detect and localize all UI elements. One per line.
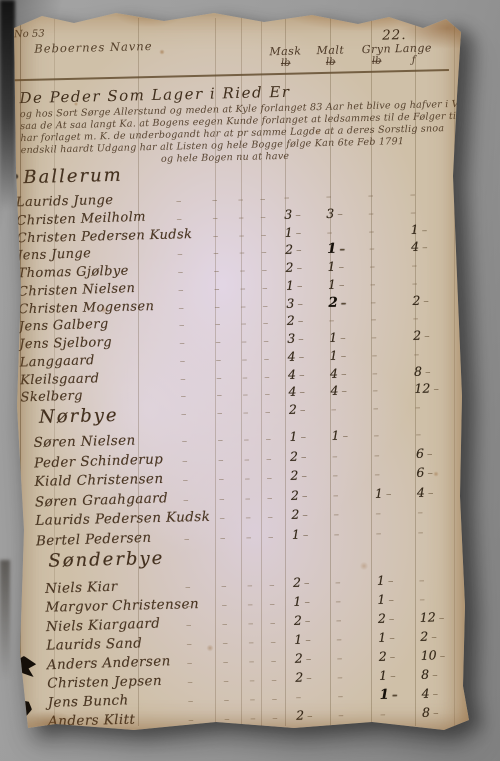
empty-dash: – [412, 277, 418, 290]
amount-value: 2 [378, 611, 386, 626]
trailing-dash: – [433, 706, 439, 719]
amount-cell: 2– [290, 467, 330, 483]
amount-value: 2 [295, 670, 303, 685]
amount-cell: 1– [327, 240, 367, 257]
amount-cell: 1– [329, 329, 369, 345]
ditto-dash: – [188, 713, 194, 726]
empty-dash: – [374, 468, 380, 481]
ditto-dash: – [250, 693, 256, 706]
amount-cell: 2– [291, 487, 331, 503]
amount-cell: – [410, 203, 450, 219]
ditto-dash: – [246, 531, 252, 544]
amount-value: 4 [417, 485, 425, 500]
ditto-dash: – [176, 194, 182, 207]
amount-value: 2 [420, 629, 428, 644]
empty-dash: – [335, 595, 341, 608]
amount-cell: 2– [290, 448, 330, 464]
amount-value: 1 [289, 429, 297, 444]
ditto-dash: – [270, 616, 276, 629]
amount-cell: 2– [285, 241, 325, 257]
empty-dash: – [417, 506, 423, 519]
amount-value: 1 [331, 428, 339, 443]
amount-cell: 1– [289, 428, 329, 444]
amount-value: 6 [416, 445, 424, 460]
trailing-dash: – [433, 383, 439, 396]
trailing-dash: – [302, 509, 308, 522]
resident-name: Laurids Junge [16, 193, 114, 210]
resident-name: Anders Klitt [48, 712, 135, 730]
amount-value: 8 [421, 667, 429, 682]
trailing-dash: – [296, 262, 302, 275]
resident-name: Thomas Gjølbye [17, 264, 128, 282]
amount-cell: 3– [287, 330, 327, 346]
amount-cell: – [284, 188, 324, 204]
amount-cell: 4– [330, 364, 370, 380]
amount-value: 1 [379, 668, 387, 683]
resident-name: Jens Junge [17, 246, 92, 263]
amount-cell: – [327, 223, 367, 239]
empty-dash: – [415, 428, 421, 441]
empty-dash: – [371, 313, 377, 326]
amount-value: 1 [378, 630, 386, 645]
trailing-dash: – [300, 403, 306, 416]
empty-dash: – [336, 614, 342, 627]
amount-value: 6 [416, 465, 424, 480]
amount-cell: – [376, 524, 416, 540]
ditto-dash: – [245, 492, 251, 505]
resident-name: Christen Nielsen [18, 281, 136, 300]
ditto-dash: – [187, 675, 193, 688]
amount-value: 2 [291, 507, 299, 522]
amount-value: 2 [293, 575, 301, 590]
ditto-dash: – [263, 317, 269, 330]
ditto-dash: – [216, 371, 222, 384]
ditto-dash: – [264, 388, 270, 401]
amount-value: 1 [292, 527, 300, 542]
ditto-dash: – [212, 211, 218, 224]
resident-name: Skelberg [20, 389, 83, 406]
amount-cell: 4– [288, 365, 328, 381]
empty-dash: – [284, 191, 290, 204]
empty-dash: – [332, 469, 338, 482]
ditto-dash: – [213, 264, 219, 277]
empty-dash: – [338, 690, 344, 703]
amount-value: 1 [375, 485, 383, 500]
ditto-dash: – [243, 433, 249, 446]
resident-name: Bertel Pedersen [36, 530, 152, 550]
amount-cell: 2– [378, 610, 418, 626]
trailing-dash: – [306, 652, 312, 665]
trailing-dash: – [427, 447, 433, 460]
ditto-dash: – [215, 318, 221, 331]
resident-name: Langgaard [19, 353, 94, 370]
empty-dash: – [327, 225, 333, 238]
trailing-dash: – [297, 279, 303, 292]
ditto-dash: – [242, 370, 248, 383]
ditto-dash: – [268, 530, 274, 543]
amount-cell: – [368, 204, 408, 220]
amount-cell: 2– [291, 506, 331, 522]
amount-cell: – [413, 345, 453, 361]
empty-dash: – [370, 295, 376, 308]
amount-cell: 1– [292, 526, 332, 542]
empty-dash: – [337, 671, 343, 684]
amount-cell: – [370, 292, 410, 308]
amount-cell: – [372, 363, 412, 379]
ditto-dash: – [240, 299, 246, 312]
amount-cell: 6– [416, 445, 456, 461]
ditto-dash: – [176, 212, 182, 225]
trailing-dash: – [303, 528, 309, 541]
amount-cell: 1– [379, 686, 419, 703]
amount-cell: – [369, 257, 409, 273]
trailing-dash: – [431, 630, 437, 643]
resident-name: Laurids Sand [46, 635, 142, 653]
resident-name: Niels Kiargaard [46, 615, 161, 635]
amount-cell: – [419, 571, 459, 587]
ink-speck [13, 174, 18, 179]
amount-cell: – [374, 446, 414, 462]
amount-cell: 2– [289, 401, 329, 417]
amount-value: 2 [328, 294, 338, 310]
amount-cell: 8– [422, 704, 462, 720]
amount-cell: – [412, 274, 452, 290]
ditto-dash: – [240, 282, 246, 295]
ditto-dash: – [224, 712, 230, 725]
ditto-dash: – [260, 192, 266, 205]
amount-cell: – [371, 310, 411, 326]
amount-cell: 1– [379, 667, 419, 683]
ditto-dash: – [222, 636, 228, 649]
page-wrap: No 53 Beboernes Navne 22. Mask lb Malt l… [12, 6, 470, 738]
amount-cell: 1– [377, 572, 417, 588]
trailing-dash: – [339, 243, 345, 256]
ditto-dash: – [261, 263, 267, 276]
ditto-dash: – [272, 692, 278, 705]
ditto-dash: – [267, 511, 273, 524]
amount-value: 10 [421, 647, 437, 662]
empty-dash: – [371, 349, 377, 362]
ditto-dash: – [185, 599, 191, 612]
amount-cell: 4– [287, 348, 327, 364]
amount-cell: 2– [412, 292, 452, 308]
ditto-dash: – [178, 283, 184, 296]
trailing-dash: – [392, 688, 398, 701]
amount-value: 1 [285, 224, 293, 239]
ditto-dash: – [180, 372, 186, 385]
ditto-dash: – [215, 335, 221, 348]
amount-cell: – [380, 705, 420, 721]
ditto-dash: – [261, 228, 267, 241]
ditto-dash: – [263, 334, 269, 347]
ditto-dash: – [250, 712, 256, 725]
amount-value: 1 [327, 259, 335, 274]
amount-cell: 2– [296, 707, 336, 723]
amount-value: 2 [379, 649, 387, 664]
trailing-dash: – [424, 330, 430, 343]
empty-dash: – [338, 709, 344, 722]
amount-value: 2 [289, 402, 297, 417]
trailing-dash: – [295, 208, 301, 221]
ditto-dash: – [212, 194, 218, 207]
amount-cell: 1– [378, 629, 418, 645]
ditto-dash: – [182, 454, 188, 467]
resident-name: Christen Meilholm [16, 209, 146, 228]
amount-cell: – [418, 523, 458, 539]
amount-value: 2 [294, 613, 302, 628]
amount-cell: 2– [294, 612, 334, 628]
ditto-dash: – [220, 531, 226, 544]
ditto-dash: – [179, 319, 185, 332]
amount-value: 1 [294, 632, 302, 647]
empty-dash: – [372, 366, 378, 379]
amount-value: 1 [328, 276, 336, 291]
ditto-dash: – [249, 674, 255, 687]
amount-value: 1 [329, 347, 337, 362]
amount-cell: 2– [413, 327, 453, 343]
ditto-dash: – [244, 452, 250, 465]
amount-cell: – [413, 309, 453, 325]
ditto-dash: – [183, 513, 189, 526]
trailing-dash: – [296, 226, 302, 239]
amount-value: 1 [327, 241, 337, 257]
ditto-dash: – [181, 434, 187, 447]
empty-dash: – [372, 384, 378, 397]
amount-cell: 4– [421, 685, 461, 701]
trailing-dash: – [432, 668, 438, 681]
amount-value: 4 [288, 384, 296, 399]
amount-value: 2 [290, 448, 298, 463]
ditto-dash: – [222, 617, 228, 630]
trailing-dash: – [297, 297, 303, 310]
amount-value: 2 [291, 487, 299, 502]
empty-dash: – [335, 576, 341, 589]
empty-dash: – [411, 259, 417, 272]
amount-cell: – [335, 592, 375, 608]
trailing-dash: – [341, 296, 347, 309]
amount-cell: 4– [417, 484, 457, 500]
empty-dash: – [334, 528, 340, 541]
trailing-dash: – [338, 261, 344, 274]
manuscript-photo: No 53 Beboernes Navne 22. Mask lb Malt l… [0, 0, 500, 761]
empty-dash: – [332, 449, 338, 462]
resident-name: Søren Nielsen [33, 433, 135, 451]
amount-value: 1 [377, 573, 385, 588]
resident-name: Margvor Christensen [45, 596, 199, 616]
ditto-dash: – [266, 471, 272, 484]
amount-value: 3 [287, 331, 295, 346]
ditto-dash: – [217, 406, 223, 419]
empty-dash: – [374, 448, 380, 461]
ditto-dash: – [223, 655, 229, 668]
ditto-dash: – [218, 473, 224, 486]
ditto-dash: – [247, 579, 253, 592]
ditto-dash: – [271, 654, 277, 667]
amount-value: 3 [284, 207, 292, 222]
ditto-dash: – [247, 598, 253, 611]
empty-dash: – [371, 331, 377, 344]
amount-cell: – [337, 668, 377, 684]
amount-cell: 2– [420, 628, 460, 644]
amount-cell: – [411, 256, 451, 272]
empty-dash: – [296, 691, 302, 704]
trailing-dash: – [339, 278, 345, 291]
amount-cell: – [371, 328, 411, 344]
resident-name: Søren Graahgaard [35, 490, 169, 510]
trailing-dash: – [341, 385, 347, 398]
amount-cell: 2– [293, 574, 333, 590]
amount-cell: 1– [285, 223, 325, 239]
amount-cell: 1– [331, 427, 371, 443]
amount-cell: 10– [421, 647, 461, 663]
ditto-dash: – [186, 637, 192, 650]
amount-value: 2 [295, 651, 303, 666]
ditto-dash: – [216, 353, 222, 366]
amount-cell: 4– [411, 238, 451, 254]
trailing-dash: – [337, 207, 343, 220]
amount-cell: – [374, 465, 414, 481]
amount-cell: – [375, 504, 415, 520]
ditto-dash: – [188, 694, 194, 707]
trailing-dash: – [298, 333, 304, 346]
ditto-dash: – [260, 210, 266, 223]
amount-cell: – [332, 466, 372, 482]
ditto-dash: – [267, 491, 273, 504]
ditto-dash: – [269, 578, 275, 591]
trailing-dash: – [425, 365, 431, 378]
amount-cell: 2– [379, 648, 419, 664]
amount-cell: 2– [295, 669, 335, 685]
resident-name: Christen Pedersen Kudsk [17, 227, 193, 246]
ditto-dash: – [224, 693, 230, 706]
empty-dash: – [419, 574, 425, 587]
amount-cell: 6– [416, 464, 456, 480]
amount-value: 3 [286, 295, 294, 310]
empty-dash: – [376, 527, 382, 540]
amount-cell: – [336, 630, 376, 646]
amount-value: 1 [329, 330, 337, 345]
resident-name: Peder Schinderup [34, 451, 164, 471]
empty-dash: – [331, 403, 337, 416]
amount-cell: 1– [375, 485, 415, 501]
trailing-dash: – [304, 576, 310, 589]
empty-dash: – [368, 207, 374, 220]
amount-value: 2 [285, 260, 293, 275]
amount-cell: 1– [329, 347, 369, 363]
trailing-dash: – [432, 687, 438, 700]
amount-value: 4 [421, 686, 429, 701]
empty-dash: – [418, 526, 424, 539]
trailing-dash: – [423, 294, 429, 307]
trailing-dash: – [388, 593, 394, 606]
ditto-dash: – [187, 656, 193, 669]
trailing-dash: – [306, 671, 312, 684]
resident-name: Jens Sjelborg [19, 335, 112, 352]
book-gutter-shadow-lower [0, 560, 10, 680]
amount-cell: – [370, 275, 410, 291]
ditto-dash: – [239, 228, 245, 241]
ditto-dash: – [221, 598, 227, 611]
amount-cell: 3– [326, 205, 366, 221]
amount-cell: 3– [286, 294, 326, 310]
amount-cell: 1– [328, 276, 368, 292]
ditto-dash: – [213, 229, 219, 242]
ditto-dash: – [217, 433, 223, 446]
amount-cell: 12– [420, 609, 460, 625]
ditto-dash: – [272, 711, 278, 724]
trailing-dash: – [299, 368, 305, 381]
ditto-dash: – [177, 230, 183, 243]
amount-cell: 1– [293, 593, 333, 609]
name-sections: BallerumLaurids Junge––––––––Christen Me… [3, 1, 478, 744]
amount-cell: – [417, 503, 457, 519]
amount-cell: – [333, 486, 373, 502]
ditto-dash: – [213, 247, 219, 260]
amount-value: 1 [379, 687, 389, 703]
trailing-dash: – [386, 487, 392, 500]
trailing-dash: – [300, 430, 306, 443]
trailing-dash: – [298, 350, 304, 363]
amount-value: 1 [411, 221, 419, 236]
empty-dash: – [375, 507, 381, 520]
ditto-dash: – [248, 617, 254, 630]
ditto-dash: – [238, 211, 244, 224]
empty-dash: – [329, 314, 335, 327]
ditto-dash: – [219, 492, 225, 505]
amount-cell: – [373, 426, 413, 442]
amount-value: 4 [330, 383, 338, 398]
empty-dash: – [333, 508, 339, 521]
amount-cell: – [415, 398, 455, 414]
trailing-dash: – [390, 669, 396, 682]
section-heading: Ballerum [23, 165, 123, 188]
resident-name: Christen Jepsen [47, 673, 162, 692]
trailing-dash: – [389, 631, 395, 644]
amount-cell: 4– [288, 383, 328, 399]
amount-cell: 4– [330, 382, 370, 398]
amount-value: 2 [290, 468, 298, 483]
ditto-dash: – [179, 336, 185, 349]
ditto-dash: – [238, 193, 244, 206]
empty-dash: – [333, 489, 339, 502]
amount-cell: – [337, 687, 377, 703]
ditto-dash: – [177, 265, 183, 278]
amount-cell: – [331, 400, 371, 416]
amount-cell: – [369, 239, 409, 255]
amount-value: 3 [326, 206, 334, 221]
amount-cell: 2– [328, 293, 368, 310]
amount-cell: 1– [411, 221, 451, 237]
empty-dash: – [368, 189, 374, 202]
amount-cell: – [337, 649, 377, 665]
ditto-dash: – [181, 407, 187, 420]
amount-value: 2 [285, 242, 293, 257]
amount-cell: – [372, 381, 412, 397]
trailing-dash: – [388, 574, 394, 587]
empty-dash: – [337, 652, 343, 665]
amount-value: 4 [411, 239, 419, 254]
ditto-dash: – [186, 618, 192, 631]
trailing-dash: – [439, 649, 445, 662]
empty-dash: – [413, 348, 419, 361]
ditto-dash: – [265, 405, 271, 418]
amount-cell: 1– [286, 277, 326, 293]
ditto-dash: – [266, 452, 272, 465]
amount-value: 1 [286, 277, 294, 292]
amount-cell: – [410, 185, 450, 201]
ditto-dash: – [185, 580, 191, 593]
trailing-dash: – [304, 595, 310, 608]
